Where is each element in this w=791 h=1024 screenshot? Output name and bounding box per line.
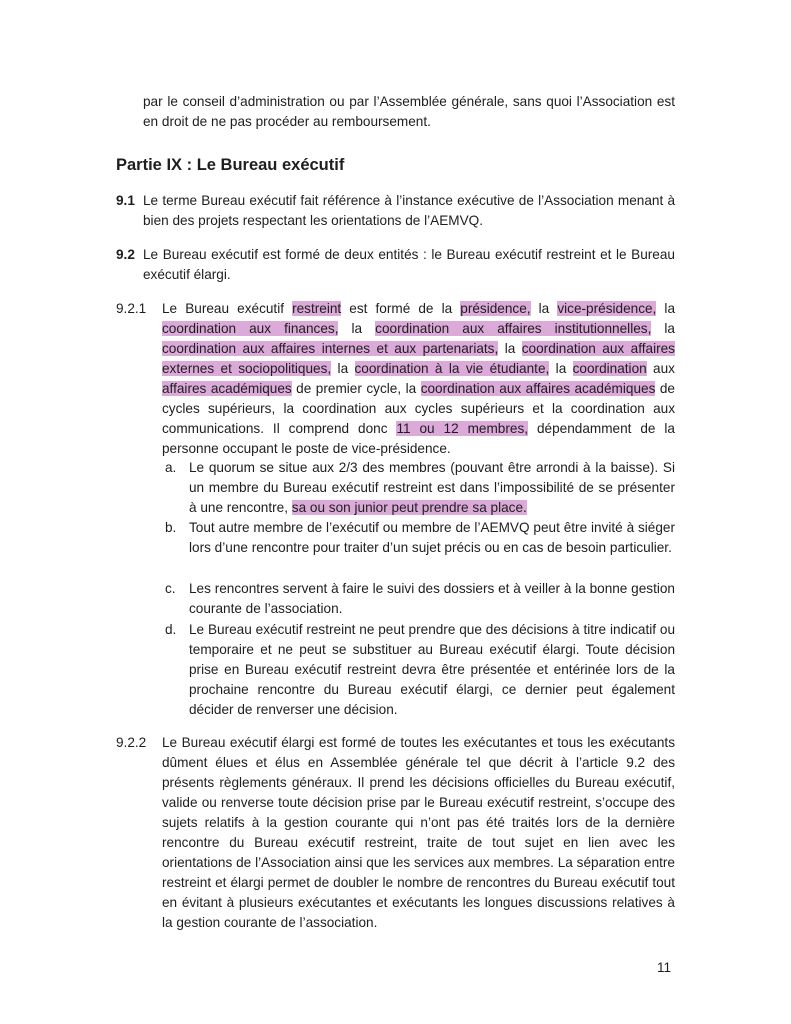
- list-item-text: Le Bureau exécutif restreint ne peut pre…: [189, 620, 675, 720]
- list-item-text: Le quorum se situe aux 2/3 des membres (…: [189, 458, 675, 518]
- subarticle-number: 9.2.2: [116, 733, 146, 753]
- article-number: 9.2: [116, 245, 135, 265]
- highlighted-text: 11 ou 12 membres,: [396, 421, 528, 436]
- subarticle-number: 9.2.1: [116, 299, 146, 319]
- highlighted-text: affaires académiques: [162, 381, 292, 396]
- highlighted-text: restreint: [292, 301, 341, 316]
- text-segment: est formé de la: [341, 301, 460, 316]
- text-segment: aux: [647, 361, 675, 376]
- highlighted-text: coordination à la vie étudiante,: [355, 361, 550, 376]
- list-item-text: Tout autre membre de l’exécutif ou membr…: [189, 518, 675, 558]
- highlighted-text: coordination aux affaires internes et au…: [162, 341, 498, 356]
- list-marker: b.: [165, 518, 176, 538]
- highlighted-text: coordination aux affaires institutionnel…: [375, 321, 651, 336]
- text-segment: la: [549, 361, 572, 376]
- text-segment: la: [531, 301, 558, 316]
- text-segment: Tout autre membre de l’exécutif ou membr…: [189, 520, 675, 555]
- highlighted-text: vice-présidence,: [557, 301, 656, 316]
- list-marker: c.: [165, 579, 176, 599]
- text-segment: la: [651, 321, 675, 336]
- section-title: Partie IX : Le Bureau exécutif: [116, 154, 344, 176]
- list-marker: a.: [165, 458, 176, 478]
- text-segment: de premier cycle, la: [292, 381, 421, 396]
- text-segment: Les rencontres servent à faire le suivi …: [189, 581, 675, 616]
- list-marker: d.: [165, 620, 176, 640]
- text-segment: la: [331, 361, 354, 376]
- highlighted-text: coordination aux finances,: [162, 321, 338, 336]
- subarticle-text: Le Bureau exécutif élargi est formé de t…: [162, 733, 675, 933]
- text-segment: la: [656, 301, 675, 316]
- highlighted-text: coordination aux affaires académiques: [421, 381, 656, 396]
- text-segment: Le Bureau exécutif restreint ne peut pre…: [189, 622, 675, 717]
- highlighted-text: coordination: [573, 361, 647, 376]
- page-number: 11: [657, 960, 671, 975]
- text-segment: Le Bureau exécutif élargi est formé de t…: [162, 735, 675, 930]
- text-segment: la: [498, 341, 522, 356]
- text-segment: la: [338, 321, 375, 336]
- article-text: Le Bureau exécutif est formé de deux ent…: [143, 245, 675, 285]
- article-number: 9.1: [116, 191, 135, 211]
- text-segment: Le Bureau exécutif: [162, 301, 292, 316]
- highlighted-text: présidence,: [460, 301, 530, 316]
- intro-paragraph: par le conseil d’administration ou par l…: [143, 92, 675, 132]
- highlighted-text: sa ou son junior peut prendre sa place.: [292, 500, 527, 515]
- article-text: Le terme Bureau exécutif fait référence …: [143, 191, 675, 231]
- list-item-text: Les rencontres servent à faire le suivi …: [189, 579, 675, 619]
- document-page: par le conseil d’administration ou par l…: [0, 0, 791, 1024]
- subarticle-text: Le Bureau exécutif restreint est formé d…: [162, 299, 675, 459]
